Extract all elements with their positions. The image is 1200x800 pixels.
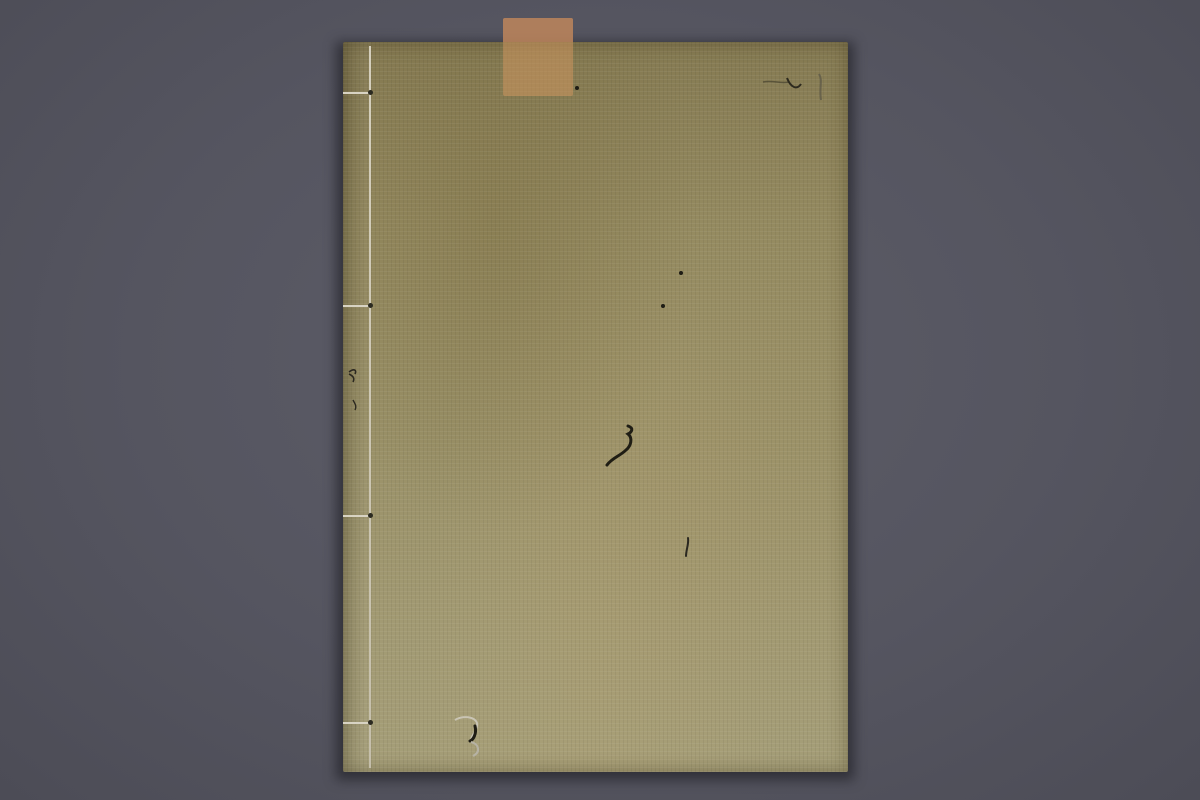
stitch-knot-upper-middle [368,303,373,308]
ink-dot-1 [679,271,683,275]
stitch-bottom [343,722,371,724]
paper-texture [343,42,848,772]
stitch-knot-bottom [368,720,373,725]
ink-dot-2 [661,304,665,308]
catalog-label-text [508,22,568,36]
stitch-lower-middle [343,515,371,517]
stitch-upper-middle [343,305,371,307]
binding-thread [369,46,371,768]
stitch-knot-lower-middle [368,513,373,518]
stitch-top [343,92,371,94]
book-spine [343,42,371,772]
book-cover [343,42,848,772]
stitch-knot-top [368,90,373,95]
ink-dot-top [575,86,579,90]
